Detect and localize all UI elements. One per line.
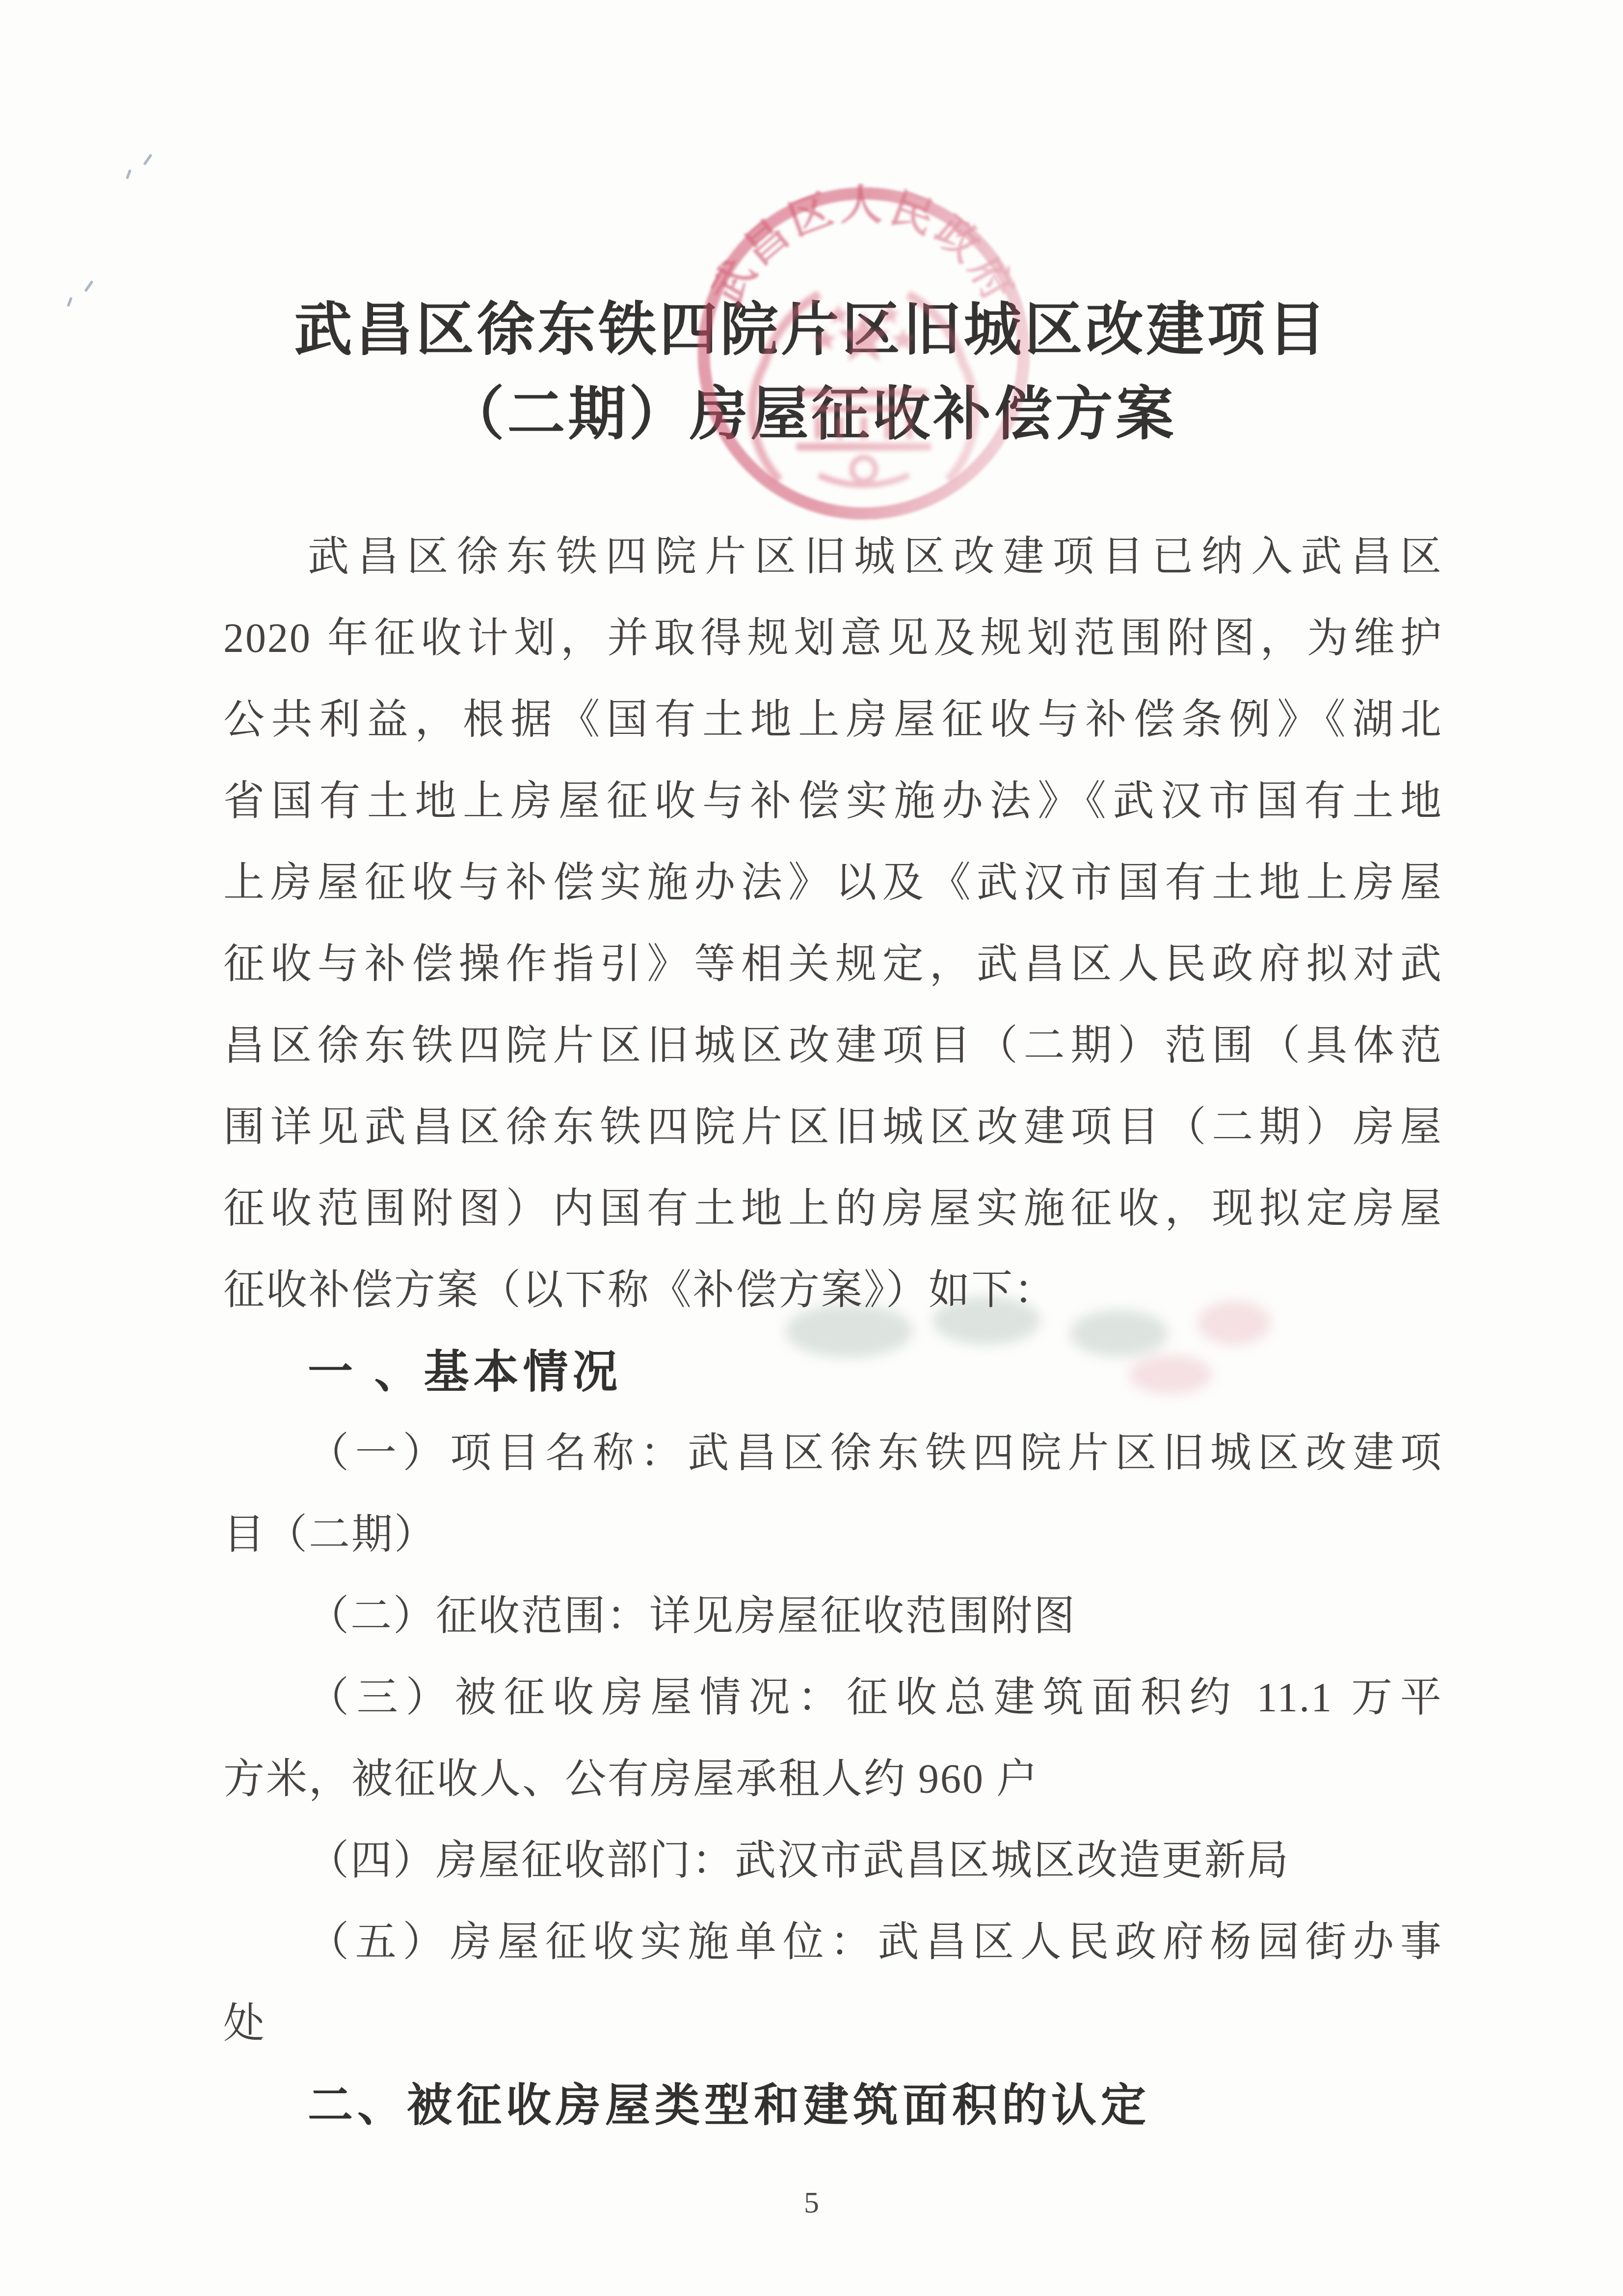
- text-line: 公共利益，根据《国有土地上房屋征收与补偿条例》《湖北: [223, 679, 1443, 761]
- text-line: 征收范围附图）内国有土地上的房屋实施征收，现拟定房屋: [223, 1168, 1443, 1250]
- text-line: 征收与补偿操作指引》等相关规定，武昌区人民政府拟对武: [223, 924, 1443, 1005]
- text-line: 征收补偿方案（以下称《补偿方案》）如下：: [223, 1250, 1443, 1331]
- official-seal: 武昌区人民政府: [691, 181, 1037, 526]
- seal-arc-text: 武昌区人民政府: [703, 182, 1025, 313]
- text-line: （四）房屋征收部门：武汉市武昌区城区改造更新局: [223, 1820, 1443, 1902]
- text-line: 省国有土地上房屋征收与补偿实施办法》《武汉市国有土地: [223, 761, 1443, 842]
- body-text-block: 武昌区徐东铁四院片区旧城区改建项目已纳入武昌区2020 年征收计划，并取得规划意…: [223, 516, 1443, 2146]
- text-line: （二）征收范围：详见房屋征收范围附图: [223, 1576, 1443, 1657]
- svg-text:武昌区人民政府: 武昌区人民政府: [703, 182, 1025, 313]
- text-line: 武昌区徐东铁四院片区旧城区改建项目已纳入武昌区: [223, 516, 1443, 598]
- text-line: 2020 年征收计划，并取得规划意见及规划范围附图，为维护: [223, 598, 1443, 679]
- scanned-document-page: 武昌区徐东铁四院片区旧城区改建项目 （二期）房屋征收补偿方案 武昌区人: [0, 0, 1623, 2296]
- stray-mark: [143, 154, 153, 166]
- text-line: （一）项目名称：武昌区徐东铁四院片区旧城区改建项: [223, 1413, 1443, 1494]
- section-heading: 一 、基本情况: [223, 1331, 1443, 1413]
- section-heading: 二、被征收房屋类型和建筑面积的认定: [223, 2065, 1443, 2146]
- text-line: （三）被征收房屋情况：征收总建筑面积约 11.1 万平: [223, 1657, 1443, 1739]
- page-number: 5: [0, 2186, 1623, 2220]
- national-emblem-icon: [752, 295, 975, 485]
- official-seal-graphic: 武昌区人民政府: [691, 181, 1037, 526]
- text-line: 目（二期）: [223, 1494, 1443, 1576]
- text-line: （五）房屋征收实施单位：武昌区人民政府杨园街办事: [223, 1902, 1443, 1983]
- text-line: 方米，被征收人、公有房屋承租人约 960 户: [223, 1739, 1443, 1820]
- text-line: 处: [223, 1983, 1443, 2065]
- stray-mark: [126, 169, 132, 180]
- text-line: 上房屋征收与补偿实施办法》以及《武汉市国有土地上房屋: [223, 842, 1443, 924]
- text-line: 围详见武昌区徐东铁四院片区旧城区改建项目（二期）房屋: [223, 1087, 1443, 1168]
- text-line: 昌区徐东铁四院片区旧城区改建项目（二期）范围（具体范: [223, 1005, 1443, 1087]
